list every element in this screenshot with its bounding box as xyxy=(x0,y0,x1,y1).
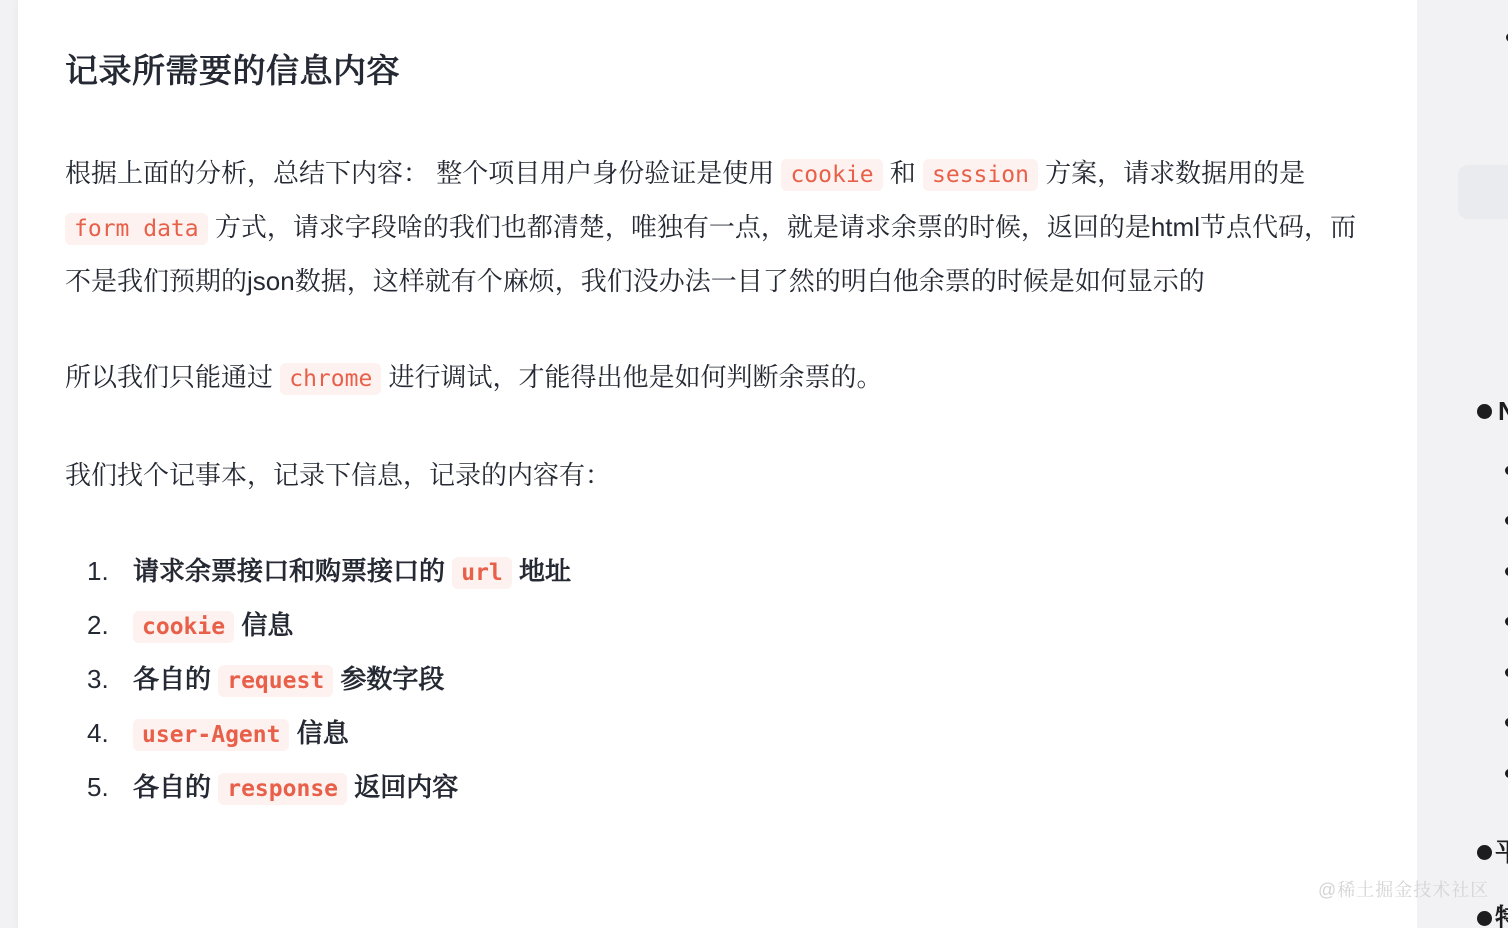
panel-item-label: 平 xyxy=(1495,837,1508,867)
inline-code: session xyxy=(923,159,1038,191)
watermark: @稀土掘金技术社区 xyxy=(1318,879,1489,901)
scroll-thumb[interactable] xyxy=(1458,165,1508,219)
paragraph: 所以我们只能通过 chrome 进行调试，才能得出他是如何判断余票的。 xyxy=(65,351,1373,405)
panel-item-label: 特 xyxy=(1495,903,1508,928)
paragraph: 根据上面的分析，总结下内容： 整个项目用户身份验证是使用 cookie 和 se… xyxy=(65,147,1373,307)
bullet-icon xyxy=(1505,668,1508,677)
right-panel: N平特 xyxy=(1417,0,1508,928)
bullet-icon xyxy=(1505,466,1508,475)
bullet-icon xyxy=(1505,769,1508,778)
bullet-icon xyxy=(1505,617,1508,626)
list-item: 各自的 response 返回内容 xyxy=(65,761,1373,815)
bullet-icon xyxy=(1477,911,1492,926)
list-item: cookie 信息 xyxy=(65,599,1373,653)
section-heading: 记录所需要的信息内容 xyxy=(65,50,1373,92)
inline-code: form data xyxy=(65,213,208,245)
article-card: 记录所需要的信息内容 根据上面的分析，总结下内容： 整个项目用户身份验证是使用 … xyxy=(18,0,1417,928)
inline-code: cookie xyxy=(781,159,882,191)
inline-code: request xyxy=(218,665,333,697)
bullet-icon xyxy=(1477,845,1492,860)
list-item: 各自的 request 参数字段 xyxy=(65,653,1373,707)
bullet-icon xyxy=(1505,567,1508,576)
paragraph: 我们找个记事本，记录下信息，记录的内容有： xyxy=(65,449,1373,501)
article-body: 根据上面的分析，总结下内容： 整个项目用户身份验证是使用 cookie 和 se… xyxy=(65,147,1373,815)
inline-code: cookie xyxy=(133,611,234,643)
bullet-icon xyxy=(1505,718,1508,727)
list-item: user-Agent 信息 xyxy=(65,707,1373,761)
inline-code: chrome xyxy=(280,363,381,395)
inline-code: url xyxy=(452,557,512,589)
bullet-icon xyxy=(1477,404,1492,419)
list-item: 请求余票接口和购票接口的 url 地址 xyxy=(65,545,1373,599)
panel-item-label: N xyxy=(1498,396,1508,426)
inline-code: user-Agent xyxy=(133,719,289,751)
info-list: 请求余票接口和购票接口的 url 地址cookie 信息各自的 request … xyxy=(65,545,1373,815)
bullet-icon xyxy=(1505,516,1508,525)
inline-code: response xyxy=(218,773,347,805)
